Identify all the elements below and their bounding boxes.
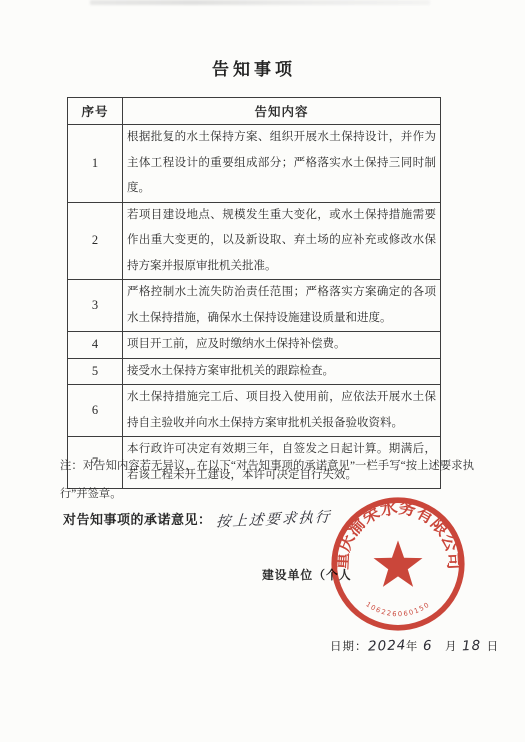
- row-seq-number: 6: [68, 385, 123, 437]
- row-notice-content: 接受水土保持方案审批机关的跟踪检查。: [123, 358, 441, 385]
- column-header-seq: 序号: [68, 98, 123, 125]
- row-notice-content: 项目开工前，应及时缴纳水土保持补偿费。: [123, 332, 441, 359]
- table-row: 2若项目建设地点、规模发生重大变化，或水土保持措施需要作出重大变更的，以及新设取…: [68, 202, 441, 280]
- table-row: 3严格控制水土流失防治责任范围；严格落实方案确定的各项水土保持措施，确保水土保持…: [68, 280, 441, 332]
- row-seq-number: 2: [68, 202, 123, 280]
- document-page: 告知事项 序号 告知内容 1根据批复的水土保持方案、组织开展水土保持设计，并作为…: [0, 0, 525, 742]
- scan-artifact: [90, 0, 430, 5]
- date-line: 日期：2024年6月18日: [330, 638, 499, 654]
- date-day-unit: 日: [487, 641, 500, 653]
- date-label: 日期：: [330, 641, 368, 653]
- row-notice-content: 水土保持措施完工后、项目投入使用前，应依法开展水土保持自主验收并向水土保持方案审…: [123, 385, 441, 437]
- date-year-unit: 年: [406, 641, 419, 653]
- commitment-line: 对告知事项的承诺意见：按上述要求执行: [63, 508, 331, 529]
- handwritten-year: 2024: [367, 637, 406, 654]
- row-notice-content: 严格控制水土流失防治责任范围；严格落实方案确定的各项水土保持措施，确保水土保持设…: [123, 280, 441, 332]
- table-row: 1根据批复的水土保持方案、组织开展水土保持设计，并作为主体工程设计的重要组成部分…: [68, 125, 441, 203]
- row-seq-number: 1: [68, 125, 123, 203]
- commitment-label: 对告知事项的承诺意见：: [63, 512, 212, 527]
- page-title: 告知事项: [67, 55, 441, 80]
- handwritten-commitment: 按上述要求执行: [215, 505, 332, 531]
- company-seal-stamp: 重庆渝荣水务有限公司 106226060150: [326, 492, 470, 636]
- notice-table: 序号 告知内容 1根据批复的水土保持方案、组织开展水土保持设计，并作为主体工程设…: [67, 97, 441, 489]
- handwritten-month: 6: [423, 638, 433, 654]
- table-row: 5接受水土保持方案审批机关的跟踪检查。: [68, 358, 441, 385]
- handwritten-day: 18: [462, 638, 482, 655]
- row-seq-number: 4: [68, 332, 123, 359]
- seal-registration-number: 106226060150: [364, 600, 431, 618]
- date-month-unit: 月: [445, 641, 458, 653]
- table-row: 4项目开工前，应及时缴纳水土保持补偿费。: [68, 332, 441, 359]
- row-seq-number: 3: [68, 280, 123, 332]
- svg-text:106226060150: 106226060150: [364, 600, 431, 618]
- row-seq-number: 5: [68, 358, 123, 385]
- row-notice-content: 若项目建设地点、规模发生重大变化，或水土保持措施需要作出重大变更的，以及新设取、…: [123, 202, 441, 280]
- column-header-content: 告知内容: [123, 98, 441, 125]
- table-header-row: 序号 告知内容: [68, 98, 441, 125]
- table-row: 6水土保持措施完工后、项目投入使用前，应依法开展水土保持自主验收并向水土保持方案…: [68, 385, 441, 437]
- row-notice-content: 根据批复的水土保持方案、组织开展水土保持设计，并作为主体工程设计的重要组成部分；…: [123, 125, 441, 203]
- seal-star-icon: [374, 540, 423, 586]
